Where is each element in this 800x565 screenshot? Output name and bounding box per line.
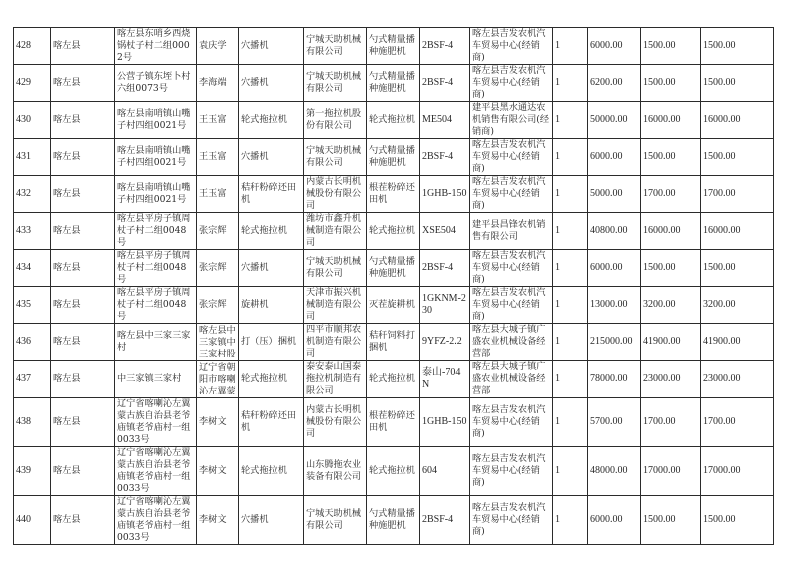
cell-model: 604 bbox=[420, 447, 470, 496]
cell-county: 喀左县 bbox=[51, 65, 115, 102]
cell-category: 打（压）捆机 bbox=[239, 324, 304, 361]
cell-no: 437 bbox=[14, 361, 51, 398]
cell-price: 6000.00 bbox=[588, 139, 641, 176]
cell-subsidy-single: 16000.00 bbox=[641, 213, 701, 250]
cell-buyer: 王玉富 bbox=[197, 139, 239, 176]
cell-subsidy-single: 1700.00 bbox=[641, 398, 701, 447]
table-row: 438喀左县辽宁省喀喇沁左翼蒙古族自治县老爷庙镇老爷庙村一组0033号李树文秸秆… bbox=[14, 398, 774, 447]
cell-dealer: 喀左县吉发农机汽车贸易中心(经销商) bbox=[470, 447, 553, 496]
cell-subsidy-total: 1500.00 bbox=[701, 28, 774, 65]
cell-subsidy-single: 1500.00 bbox=[641, 139, 701, 176]
cell-county: 喀左县 bbox=[51, 361, 115, 398]
cell-dealer: 喀左县大城子镇广盛农业机械设备经营部 bbox=[470, 361, 553, 398]
cell-product-name: 灭茬旋耕机 bbox=[367, 287, 420, 324]
cell-subsidy-single: 1500.00 bbox=[641, 250, 701, 287]
cell-price: 6000.00 bbox=[588, 496, 641, 545]
cell-product-name: 勺式精量播种施肥机 bbox=[367, 250, 420, 287]
cell-manufacturer: 宁城天助机械有限公司 bbox=[304, 250, 367, 287]
cell-product-name: 根茬粉碎还田机 bbox=[367, 176, 420, 213]
cell-dealer: 喀左县吉发农机汽车贸易中心(经销商) bbox=[470, 250, 553, 287]
cell-category: 旋耕机 bbox=[239, 287, 304, 324]
cell-buyer: 喀左县中三家镇中三家村股 bbox=[197, 324, 239, 361]
cell-no: 429 bbox=[14, 65, 51, 102]
cell-product-name: 轮式拖拉机 bbox=[367, 102, 420, 139]
cell-county: 喀左县 bbox=[51, 176, 115, 213]
cell-price: 215000.00 bbox=[588, 324, 641, 361]
table-row: 428喀左县喀左县东哨乡西烧锅杖子村二组0002号袁庆学穴播机宁城天助机械有限公… bbox=[14, 28, 774, 65]
cell-product-name: 勺式精量播种施肥机 bbox=[367, 496, 420, 545]
cell-dealer: 喀左县吉发农机汽车贸易中心(经销商) bbox=[470, 176, 553, 213]
cell-qty: 1 bbox=[553, 361, 588, 398]
cell-product-name: 勺式精量播种施肥机 bbox=[367, 139, 420, 176]
cell-subsidy-total: 1700.00 bbox=[701, 176, 774, 213]
cell-category: 轮式拖拉机 bbox=[239, 102, 304, 139]
cell-manufacturer: 宁城天助机械有限公司 bbox=[304, 65, 367, 102]
cell-manufacturer: 潍坊市鑫升机械制造有限公司 bbox=[304, 213, 367, 250]
cell-address: 公营子镇东垤卜村六组0073号 bbox=[115, 65, 197, 102]
cell-qty: 1 bbox=[553, 287, 588, 324]
cell-county: 喀左县 bbox=[51, 213, 115, 250]
cell-category: 穴播机 bbox=[239, 250, 304, 287]
cell-qty: 1 bbox=[553, 250, 588, 287]
cell-address: 辽宁省喀喇沁左翼蒙古族自治县老爷庙镇老爷庙村一组0033号 bbox=[115, 496, 197, 545]
cell-manufacturer: 内蒙古长明机械股份有限公司 bbox=[304, 176, 367, 213]
cell-no: 433 bbox=[14, 213, 51, 250]
cell-buyer: 张宗辉 bbox=[197, 287, 239, 324]
cell-dealer: 喀左县大城子镇广盛农业机械设备经营部 bbox=[470, 324, 553, 361]
cell-text: 喀左县中三家镇中三家村股 bbox=[199, 325, 236, 357]
cell-price: 40800.00 bbox=[588, 213, 641, 250]
cell-product-name: 勺式精量播种施肥机 bbox=[367, 28, 420, 65]
cell-county: 喀左县 bbox=[51, 324, 115, 361]
cell-address: 喀左县平房子镇周杖子村二组0048号 bbox=[115, 287, 197, 324]
cell-model: 9YFZ-2.2 bbox=[420, 324, 470, 361]
cell-buyer: 李树文 bbox=[197, 447, 239, 496]
cell-manufacturer: 内蒙古长明机械股份有限公司 bbox=[304, 398, 367, 447]
cell-county: 喀左县 bbox=[51, 102, 115, 139]
cell-county: 喀左县 bbox=[51, 139, 115, 176]
cell-manufacturer: 宁城天助机械有限公司 bbox=[304, 28, 367, 65]
cell-manufacturer: 宁城天助机械有限公司 bbox=[304, 139, 367, 176]
cell-address: 喀左县南哨镇山嘴子村四组0021号 bbox=[115, 139, 197, 176]
cell-product-name: 根茬粉碎还田机 bbox=[367, 398, 420, 447]
cell-buyer: 李树文 bbox=[197, 496, 239, 545]
cell-price: 5700.00 bbox=[588, 398, 641, 447]
cell-manufacturer: 四平市顺邦农机制造有限公司 bbox=[304, 324, 367, 361]
cell-subsidy-total: 1500.00 bbox=[701, 250, 774, 287]
table-row: 436喀左县喀左县中三家三家村喀左县中三家镇中三家村股打（压）捆机四平市顺邦农机… bbox=[14, 324, 774, 361]
cell-no: 434 bbox=[14, 250, 51, 287]
cell-category: 穴播机 bbox=[239, 65, 304, 102]
cell-manufacturer: 天津市振兴机械制造有限公司 bbox=[304, 287, 367, 324]
cell-dealer: 建平县黑水通达农机销售有限公司(经销商) bbox=[470, 102, 553, 139]
cell-subsidy-single: 1500.00 bbox=[641, 28, 701, 65]
cell-manufacturer: 泰安泰山国泰拖拉机制造有限公司 bbox=[304, 361, 367, 398]
cell-no: 435 bbox=[14, 287, 51, 324]
cell-model: 1GHB-150 bbox=[420, 176, 470, 213]
cell-price: 13000.00 bbox=[588, 287, 641, 324]
cell-price: 50000.00 bbox=[588, 102, 641, 139]
cell-no: 438 bbox=[14, 398, 51, 447]
cell-address: 喀左县南哨镇山嘴子村四组0021号 bbox=[115, 176, 197, 213]
cell-model: 1GHB-150 bbox=[420, 398, 470, 447]
cell-subsidy-total: 1500.00 bbox=[701, 139, 774, 176]
cell-subsidy-total: 3200.00 bbox=[701, 287, 774, 324]
table-row: 440喀左县辽宁省喀喇沁左翼蒙古族自治县老爷庙镇老爷庙村一组0033号李树文穴播… bbox=[14, 496, 774, 545]
cell-product-name: 轮式拖拉机 bbox=[367, 213, 420, 250]
cell-product-name: 勺式精量播种施肥机 bbox=[367, 65, 420, 102]
cell-no: 430 bbox=[14, 102, 51, 139]
cell-dealer: 建平县昌锋农机销售有限公司 bbox=[470, 213, 553, 250]
cell-address: 辽宁省喀喇沁左翼蒙古族自治县老爷庙镇老爷庙村一组0033号 bbox=[115, 398, 197, 447]
cell-subsidy-total: 23000.00 bbox=[701, 361, 774, 398]
cell-subsidy-single: 23000.00 bbox=[641, 361, 701, 398]
cell-subsidy-single: 16000.00 bbox=[641, 102, 701, 139]
table-body: 428喀左县喀左县东哨乡西烧锅杖子村二组0002号袁庆学穴播机宁城天助机械有限公… bbox=[14, 28, 774, 545]
cell-county: 喀左县 bbox=[51, 287, 115, 324]
cell-buyer: 袁庆学 bbox=[197, 28, 239, 65]
cell-subsidy-total: 16000.00 bbox=[701, 102, 774, 139]
cell-model: 2BSF-4 bbox=[420, 250, 470, 287]
cell-dealer: 喀左县吉发农机汽车贸易中心(经销商) bbox=[470, 398, 553, 447]
cell-buyer: 王玉富 bbox=[197, 102, 239, 139]
cell-subsidy-total: 17000.00 bbox=[701, 447, 774, 496]
cell-qty: 1 bbox=[553, 102, 588, 139]
cell-buyer: 张宗辉 bbox=[197, 250, 239, 287]
table-row: 431喀左县喀左县南哨镇山嘴子村四组0021号王玉富穴播机宁城天助机械有限公司勺… bbox=[14, 139, 774, 176]
cell-qty: 1 bbox=[553, 398, 588, 447]
cell-qty: 1 bbox=[553, 28, 588, 65]
cell-no: 428 bbox=[14, 28, 51, 65]
cell-subsidy-single: 3200.00 bbox=[641, 287, 701, 324]
cell-category: 秸秆粉碎还田机 bbox=[239, 398, 304, 447]
cell-county: 喀左县 bbox=[51, 28, 115, 65]
cell-model: ME504 bbox=[420, 102, 470, 139]
cell-qty: 1 bbox=[553, 496, 588, 545]
cell-dealer: 喀左县吉发农机汽车贸易中心(经销商) bbox=[470, 65, 553, 102]
cell-no: 432 bbox=[14, 176, 51, 213]
cell-county: 喀左县 bbox=[51, 447, 115, 496]
cell-buyer: 张宗辉 bbox=[197, 213, 239, 250]
table-row: 435喀左县喀左县平房子镇周杖子村二组0048号张宗辉旋耕机天津市振兴机械制造有… bbox=[14, 287, 774, 324]
cell-category: 轮式拖拉机 bbox=[239, 213, 304, 250]
cell-category: 穴播机 bbox=[239, 496, 304, 545]
cell-address: 喀左县平房子镇周杖子村二组0048号 bbox=[115, 213, 197, 250]
cell-model: 泰山-704N bbox=[420, 361, 470, 398]
cell-subsidy-total: 1500.00 bbox=[701, 65, 774, 102]
cell-address: 喀左县中三家三家村 bbox=[115, 324, 197, 361]
cell-no: 436 bbox=[14, 324, 51, 361]
cell-buyer: 辽宁省朝阳市喀喇沁左翼蒙 bbox=[197, 361, 239, 398]
cell-dealer: 喀左县吉发农机汽车贸易中心(经销商) bbox=[470, 28, 553, 65]
cell-dealer: 喀左县吉发农机汽车贸易中心(经销商) bbox=[470, 287, 553, 324]
table-row: 429喀左县公营子镇东垤卜村六组0073号李海端穴播机宁城天助机械有限公司勺式精… bbox=[14, 65, 774, 102]
cell-category: 穴播机 bbox=[239, 139, 304, 176]
cell-model: XSE504 bbox=[420, 213, 470, 250]
table-row: 437喀左县中三家镇三家村辽宁省朝阳市喀喇沁左翼蒙轮式拖拉机泰安泰山国泰拖拉机制… bbox=[14, 361, 774, 398]
cell-model: 2BSF-4 bbox=[420, 65, 470, 102]
cell-subsidy-total: 41900.00 bbox=[701, 324, 774, 361]
cell-subsidy-single: 1500.00 bbox=[641, 496, 701, 545]
cell-county: 喀左县 bbox=[51, 398, 115, 447]
cell-address: 喀左县东哨乡西烧锅杖子村二组0002号 bbox=[115, 28, 197, 65]
cell-product-name: 轮式拖拉机 bbox=[367, 361, 420, 398]
cell-model: 2BSF-4 bbox=[420, 139, 470, 176]
cell-model: 2BSF-4 bbox=[420, 496, 470, 545]
cell-subsidy-total: 1500.00 bbox=[701, 496, 774, 545]
cell-address: 喀左县平房子镇周杖子村二组0048号 bbox=[115, 250, 197, 287]
table-row: 430喀左县喀左县南哨镇山嘴子村四组0021号王玉富轮式拖拉机第一拖拉机股份有限… bbox=[14, 102, 774, 139]
cell-price: 6200.00 bbox=[588, 65, 641, 102]
table-row: 434喀左县喀左县平房子镇周杖子村二组0048号张宗辉穴播机宁城天助机械有限公司… bbox=[14, 250, 774, 287]
cell-qty: 1 bbox=[553, 213, 588, 250]
cell-no: 439 bbox=[14, 447, 51, 496]
subsidy-table: 428喀左县喀左县东哨乡西烧锅杖子村二组0002号袁庆学穴播机宁城天助机械有限公… bbox=[13, 27, 774, 545]
cell-no: 440 bbox=[14, 496, 51, 545]
cell-no: 431 bbox=[14, 139, 51, 176]
cell-dealer: 喀左县吉发农机汽车贸易中心(经销商) bbox=[470, 496, 553, 545]
cell-price: 48000.00 bbox=[588, 447, 641, 496]
cell-category: 轮式拖拉机 bbox=[239, 447, 304, 496]
cell-price: 5000.00 bbox=[588, 176, 641, 213]
table-row: 439喀左县辽宁省喀喇沁左翼蒙古族自治县老爷庙镇老爷庙村一组0033号李树文轮式… bbox=[14, 447, 774, 496]
cell-model: 2BSF-4 bbox=[420, 28, 470, 65]
cell-subsidy-single: 41900.00 bbox=[641, 324, 701, 361]
cell-buyer: 李海端 bbox=[197, 65, 239, 102]
cell-text: 辽宁省朝阳市喀喇沁左翼蒙 bbox=[199, 362, 236, 394]
cell-qty: 1 bbox=[553, 65, 588, 102]
cell-product-name: 秸秆饲料打捆机 bbox=[367, 324, 420, 361]
cell-product-name: 轮式拖拉机 bbox=[367, 447, 420, 496]
cell-subsidy-single: 1700.00 bbox=[641, 176, 701, 213]
cell-buyer: 李树文 bbox=[197, 398, 239, 447]
cell-manufacturer: 山东腾拖农业装备有限公司 bbox=[304, 447, 367, 496]
cell-address: 喀左县南哨镇山嘴子村四组0021号 bbox=[115, 102, 197, 139]
table-row: 433喀左县喀左县平房子镇周杖子村二组0048号张宗辉轮式拖拉机潍坊市鑫升机械制… bbox=[14, 213, 774, 250]
cell-price: 78000.00 bbox=[588, 361, 641, 398]
cell-subsidy-single: 17000.00 bbox=[641, 447, 701, 496]
cell-category: 秸秆粉碎还田机 bbox=[239, 176, 304, 213]
cell-dealer: 喀左县吉发农机汽车贸易中心(经销商) bbox=[470, 139, 553, 176]
cell-category: 穴播机 bbox=[239, 28, 304, 65]
cell-subsidy-total: 16000.00 bbox=[701, 213, 774, 250]
cell-qty: 1 bbox=[553, 139, 588, 176]
cell-qty: 1 bbox=[553, 447, 588, 496]
cell-qty: 1 bbox=[553, 324, 588, 361]
cell-address: 中三家镇三家村 bbox=[115, 361, 197, 398]
cell-manufacturer: 宁城天助机械有限公司 bbox=[304, 496, 367, 545]
cell-qty: 1 bbox=[553, 176, 588, 213]
cell-subsidy-single: 1500.00 bbox=[641, 65, 701, 102]
cell-county: 喀左县 bbox=[51, 250, 115, 287]
cell-county: 喀左县 bbox=[51, 496, 115, 545]
cell-model: 1GKNM-230 bbox=[420, 287, 470, 324]
table-row: 432喀左县喀左县南哨镇山嘴子村四组0021号王玉富秸秆粉碎还田机内蒙古长明机械… bbox=[14, 176, 774, 213]
cell-subsidy-total: 1700.00 bbox=[701, 398, 774, 447]
cell-category: 轮式拖拉机 bbox=[239, 361, 304, 398]
cell-address: 辽宁省喀喇沁左翼蒙古族自治县老爷庙镇老爷庙村一组0033号 bbox=[115, 447, 197, 496]
cell-buyer: 王玉富 bbox=[197, 176, 239, 213]
cell-price: 6000.00 bbox=[588, 250, 641, 287]
cell-manufacturer: 第一拖拉机股份有限公司 bbox=[304, 102, 367, 139]
cell-price: 6000.00 bbox=[588, 28, 641, 65]
